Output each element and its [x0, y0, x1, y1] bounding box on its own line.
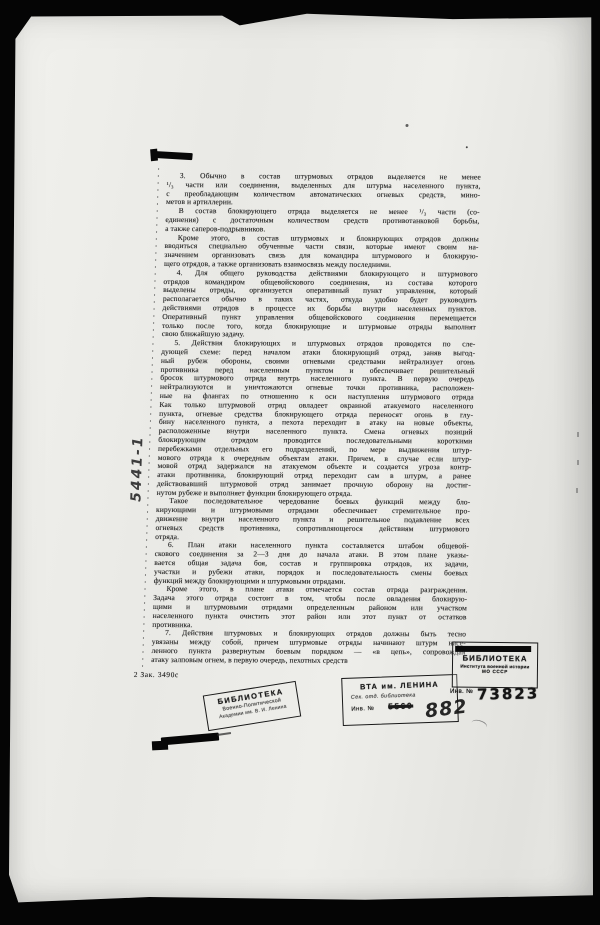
- speck: [405, 124, 408, 127]
- handwritten-margin-note: 5441-1: [128, 416, 151, 502]
- edge-tick: [577, 460, 579, 465]
- document-page: 5441-1 3. Обычно в состав штурмовых отря…: [9, 12, 593, 906]
- text-block: 3. Обычно в состав штурмовых отрядов выд…: [151, 172, 481, 666]
- ink-mark: [152, 151, 192, 160]
- stamp-title: ВТА им. ЛЕНИНА: [342, 679, 456, 692]
- text-line: огневых средств противника, сопротивляющ…: [155, 524, 469, 534]
- library-stamp-institute: БИБЛИОТЕКА Института военной истории МО …: [452, 642, 538, 689]
- ink-mark: [150, 149, 158, 162]
- stamp-title: БИБЛИОТЕКА: [453, 654, 537, 664]
- inv-label: Инв. №: [450, 688, 473, 695]
- text-line: атаку залповым огнем, в первую очередь, …: [151, 656, 465, 666]
- inventory-number: Инв. № 73823: [450, 685, 540, 704]
- text-line: населенного пункта очистить этот район и…: [153, 612, 467, 622]
- scan-background: 5441-1 3. Обычно в состав штурмовых отря…: [0, 0, 600, 925]
- redaction-bar: [455, 646, 531, 652]
- page-content: 5441-1 3. Обычно в состав штурмовых отря…: [0, 11, 598, 908]
- edge-tick: [576, 488, 578, 493]
- stamp-line: МО СССР: [453, 669, 537, 675]
- edge-tick: [577, 432, 579, 437]
- print-footer: 2 Зак. 3490с: [134, 670, 179, 679]
- crossed-inventory-number: 5560: [388, 701, 413, 712]
- inv-number: 73823: [477, 684, 539, 703]
- inv-label: Инв. №: [351, 706, 374, 713]
- speck: [466, 146, 468, 148]
- ink-mark: [152, 741, 168, 751]
